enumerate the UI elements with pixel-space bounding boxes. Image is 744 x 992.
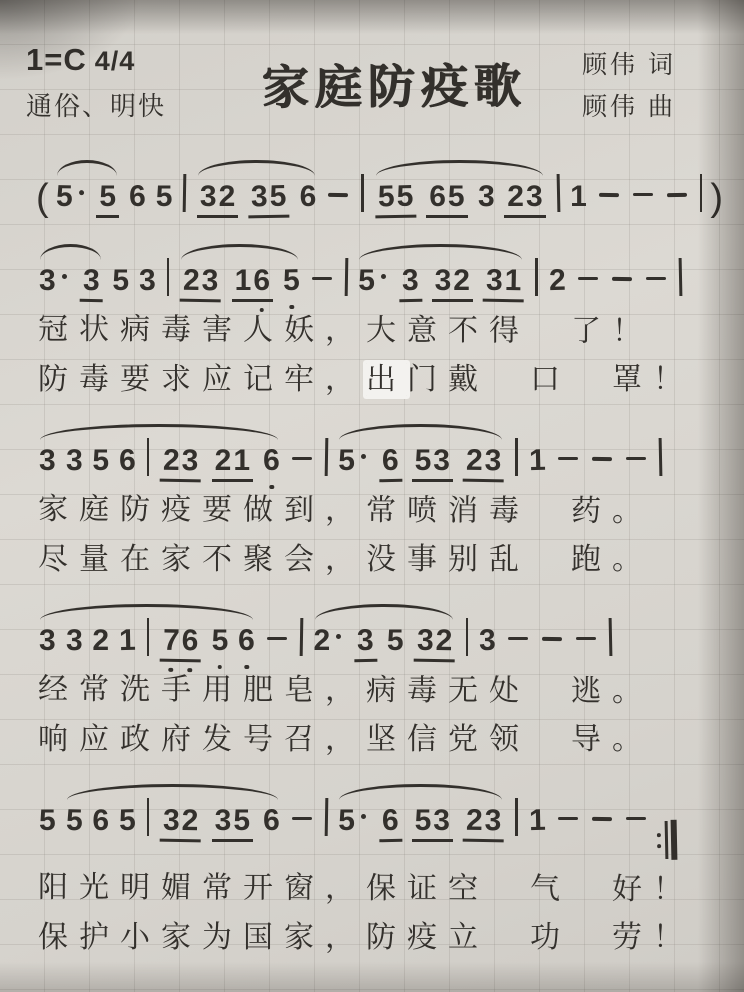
note-digit: 3 (65, 623, 82, 659)
note-digit: 3 (484, 803, 501, 839)
dash-prolong (667, 192, 687, 196)
slur-tie-arc (181, 244, 298, 260)
stanza-intro: (55653235655653231) (26, 156, 724, 224)
beam-group: 23 (160, 443, 202, 483)
stanza-verse-line-1: 3353231655332312冠状病毒害人妖，大意不得 了！防毒要求应记牢，出… (26, 240, 724, 404)
note-digit: 3 (526, 179, 543, 215)
beam-group: 65 (426, 179, 467, 218)
score: (55653235655653231)3353231655332312冠状病毒害… (26, 156, 724, 962)
note-digit: 6 (182, 623, 199, 659)
note-digit: 6 (92, 803, 109, 839)
beam-group: 35 (248, 179, 290, 219)
beam-group: 53 (412, 803, 453, 842)
key-block: 1=C4/4 通俗、明快 (26, 42, 206, 123)
thick-barline (670, 819, 677, 859)
melody-line: 5565323565653231 (26, 780, 724, 864)
slur-tie-arc (198, 160, 315, 176)
note-digit: 5 (112, 263, 129, 299)
note: 5 (338, 803, 369, 839)
note-digit: 3 (163, 803, 180, 839)
beam-group: 16 (232, 263, 273, 302)
note-digit: 5 (338, 803, 355, 839)
note: 3 (39, 443, 56, 479)
note-digit: 3 (433, 443, 450, 479)
note: 6 (92, 803, 109, 839)
repeat-dot (657, 843, 661, 847)
note-digit: 5 (358, 263, 375, 299)
composer-credit: 顾伟 曲 (582, 86, 724, 128)
note: 6 (263, 803, 280, 839)
note-digit: 2 (183, 263, 200, 299)
dash-prolong (578, 277, 598, 281)
barline (609, 618, 612, 656)
lyric-row: 尽量在家不聚会，没事别乱 跑。 (26, 535, 724, 584)
note-digit: 1 (528, 803, 545, 839)
note-digit: 3 (484, 443, 501, 479)
note: 2 (314, 623, 345, 659)
augmentation-dot (336, 634, 341, 639)
beam-group: 55 (374, 179, 416, 219)
barline (324, 798, 327, 836)
note-digit: 5 (99, 179, 116, 215)
dash-prolong (542, 636, 562, 640)
lyric-row: 家庭防疫要做到，常喷消毒 药。 (26, 485, 724, 536)
note: 3 (477, 179, 494, 215)
dash-prolong (591, 816, 611, 820)
note-digit: 5 (396, 179, 413, 215)
note-digit: 6 (129, 179, 146, 215)
credits: 顾伟 词 顾伟 曲 (582, 44, 724, 128)
note-digit: 1 (233, 443, 250, 479)
repeat-dot (656, 832, 660, 836)
page-content: 1=C4/4 通俗、明快 家庭防疫歌 顾伟 词 顾伟 曲 (5565323565… (0, 0, 744, 962)
note: 5 (338, 443, 369, 479)
lyric-row: 保护小家为国家，防疫立 功 劳！ (26, 913, 724, 962)
note-digit: 3 (401, 263, 418, 299)
note-digit: 2 (435, 623, 452, 659)
dash-prolong (292, 457, 312, 461)
barline (658, 438, 661, 476)
barline (466, 618, 469, 656)
note-digit: 6 (381, 443, 398, 479)
note: 5 (387, 623, 404, 659)
note-digit: 1 (504, 263, 521, 299)
barline (361, 174, 364, 212)
beam-group: 32 (160, 803, 202, 843)
dash-prolong (591, 456, 611, 460)
barline (167, 258, 170, 296)
note-digit: 3 (202, 263, 219, 299)
beam-group: 3 (398, 263, 421, 302)
beam-group: 31 (483, 263, 525, 303)
note-digit: 5 (92, 443, 109, 479)
note: 6 (119, 443, 136, 479)
beam-group: 35 (212, 803, 253, 842)
lyric-row: 阳光明媚常开窗，保证空 气 好！ (26, 862, 724, 913)
note-digit: 3 (82, 263, 99, 299)
note-digit: 5 (156, 179, 173, 215)
note-digit: 3 (486, 263, 503, 299)
song-title: 家庭防疫歌 (206, 49, 582, 119)
parenthesis: ) (710, 177, 723, 219)
lyric-segment: 尽量在家不聚会，没事别乱 跑。 (38, 543, 653, 576)
melody-line: 3356232165653231 (26, 420, 724, 486)
beam-group: 32 (413, 623, 455, 663)
parenthesis: ( (36, 177, 49, 219)
note: 1 (528, 803, 545, 839)
note: 5 (65, 803, 82, 839)
note: 5 (283, 263, 300, 299)
lyric-row: 冠状病毒害人妖，大意不得 了！ (26, 305, 724, 356)
dash-prolong (576, 637, 596, 641)
note: 5 (92, 443, 109, 479)
dash-prolong (646, 277, 666, 281)
thin-barline (664, 820, 667, 858)
key-signature: 1=C (26, 42, 87, 77)
note-digit: 3 (477, 179, 494, 215)
lyric-segment: 门戴 口 罩！ (407, 363, 694, 396)
note-digit: 5 (415, 803, 432, 839)
barline (300, 618, 303, 656)
note-digit: 5 (39, 803, 56, 839)
note-digit: 3 (39, 443, 56, 479)
note: 5 (212, 623, 229, 659)
note: 2 (548, 263, 565, 299)
note: 3 (65, 623, 82, 659)
time-signature: 4/4 (95, 46, 136, 76)
dash-prolong (633, 193, 653, 197)
augmentation-dot (361, 814, 366, 819)
note: 6 (300, 179, 317, 215)
note-digit: 3 (39, 623, 56, 659)
note-digit: 5 (119, 803, 136, 839)
lyric-row: 经常洗手用肥皂，病毒无处 逃。 (26, 665, 724, 716)
note-digit: 6 (263, 803, 280, 839)
repeat-final-barline (656, 819, 677, 859)
note-digit: 3 (433, 803, 450, 839)
beam-group: 3 (79, 263, 102, 302)
note-digit: 6 (119, 443, 136, 479)
note-digit: 2 (548, 263, 565, 299)
note-digit: 3 (416, 623, 433, 659)
lyric-row: 防毒要求应记牢，出门戴 口 罩！ (26, 355, 724, 404)
slur-tie-arc (315, 604, 453, 620)
note: 1 (570, 179, 587, 215)
note-digit: 5 (55, 179, 72, 215)
barline (147, 798, 150, 836)
note-digit: 3 (39, 263, 56, 299)
note-digit: 3 (435, 263, 452, 299)
lyricist-credit: 顾伟 词 (582, 44, 724, 86)
note-digit: 3 (357, 623, 374, 659)
augmentation-dot (361, 454, 366, 459)
note-digit: 6 (238, 623, 255, 659)
note: 6 (129, 179, 146, 215)
sheet-music-page: 1=C4/4 通俗、明快 家庭防疫歌 顾伟 词 顾伟 曲 (5565323565… (0, 0, 744, 992)
note-digit: 2 (466, 443, 483, 479)
barline (700, 174, 703, 212)
lyric-segment: 家庭防疫要做到，常喷消毒 药。 (38, 493, 653, 528)
lyric-segment: 阳光明媚常开窗，保证空 气 好！ (38, 870, 694, 905)
lyric-row: 响应政府发号召，坚信党领 导。 (26, 715, 724, 764)
barline (515, 798, 518, 836)
note: 6 (263, 443, 280, 479)
note: 5 (156, 179, 173, 215)
dash-prolong (599, 192, 619, 196)
barline (324, 438, 327, 476)
barline (147, 438, 150, 476)
note-digit: 5 (377, 179, 394, 215)
note: 1 (119, 623, 136, 659)
photo-shading-bottom (0, 962, 744, 992)
melody-line: 3353231655332312 (26, 240, 724, 306)
barline (556, 174, 559, 212)
note: 2 (92, 623, 109, 659)
dash-prolong (611, 276, 631, 280)
beam-group: 53 (412, 443, 453, 482)
augmentation-dot (78, 190, 83, 195)
note: 6 (238, 623, 255, 659)
beam-group: 76 (160, 623, 202, 663)
slur-tie-arc (40, 604, 253, 620)
slur-tie-arc (57, 160, 117, 176)
barline (515, 438, 518, 476)
note: 3 (139, 263, 156, 299)
stanza-verse-line-2: 3356232165653231家庭防疫要做到，常喷消毒 药。尽量在家不聚会，没… (26, 420, 724, 584)
key-time-signature: 1=C4/4 (26, 42, 206, 78)
barline (678, 258, 681, 296)
augmentation-dot (62, 274, 67, 279)
note-digit: 2 (453, 263, 470, 299)
dash-prolong (558, 817, 578, 821)
stanza-verse-line-4: 5565323565653231阳光明媚常开窗，保证空 气 好！保护小家为国家，… (26, 780, 724, 962)
note-digit: 3 (65, 443, 82, 479)
slur-tie-arc (376, 160, 543, 176)
note-digit: 5 (212, 623, 229, 659)
note-digit: 5 (283, 263, 300, 299)
note: 5 (358, 263, 389, 299)
repeat-dots (656, 832, 660, 847)
note-digit: 1 (235, 263, 252, 299)
dash-prolong (267, 637, 287, 641)
note: 5 (119, 803, 136, 839)
note-digit: 5 (415, 443, 432, 479)
score-header: 1=C4/4 通俗、明快 家庭防疫歌 顾伟 词 顾伟 曲 (26, 42, 724, 128)
note-digit: 5 (65, 803, 82, 839)
dash-prolong (328, 192, 348, 196)
stanza-verse-line-3: 33217656235323经常洗手用肥皂，病毒无处 逃。响应政府发号召，坚信党… (26, 600, 724, 764)
lyric-segment: 冠状病毒害人妖，大意不得 了！ (38, 313, 653, 348)
note-digit: 2 (219, 179, 236, 215)
note: 1 (528, 443, 545, 479)
note-digit: 3 (139, 263, 156, 299)
note-digit: 6 (253, 263, 270, 299)
lyric-segment: 经常洗手用肥皂，病毒无处 逃。 (38, 673, 653, 708)
barline (147, 618, 150, 656)
beam-group: 6 (378, 443, 401, 482)
barline (183, 174, 186, 212)
melody-line: 33217656235323 (26, 600, 724, 666)
slur-tie-arc (67, 784, 278, 800)
note: 3 (39, 623, 56, 659)
melody-line: (55653235655653231) (26, 156, 724, 224)
slur-tie-arc (40, 244, 101, 260)
note-digit: 5 (387, 623, 404, 659)
note-digit: 6 (429, 179, 446, 215)
note-digit: 5 (338, 443, 355, 479)
lyric-segment: 防毒要求应记牢， (38, 363, 366, 396)
note-digit: 6 (300, 179, 317, 215)
beam-group: 23 (180, 263, 222, 303)
note-digit: 3 (200, 179, 217, 215)
note-digit: 2 (466, 803, 483, 839)
dash-prolong (508, 637, 528, 641)
note-digit: 3 (215, 803, 232, 839)
note: 3 (39, 263, 70, 299)
note: 3 (479, 623, 496, 659)
note: 5 (39, 803, 56, 839)
note-digit: 2 (182, 803, 199, 839)
barline (344, 258, 347, 296)
augmentation-dot (381, 274, 386, 279)
note-digit: 5 (448, 179, 465, 215)
note: 5 (55, 179, 86, 216)
beam-group: 23 (504, 179, 545, 218)
beam-group: 32 (197, 179, 238, 218)
beam-group: 23 (463, 803, 505, 843)
note-digit: 6 (381, 803, 398, 839)
dash-prolong (558, 457, 578, 461)
dash-prolong (626, 817, 646, 821)
note: 3 (65, 443, 82, 479)
note-digit: 1 (119, 623, 136, 659)
note-digit: 6 (263, 443, 280, 479)
note-digit: 2 (92, 623, 109, 659)
note-digit: 5 (233, 803, 250, 839)
note-digit: 5 (270, 179, 287, 215)
note-digit: 3 (182, 443, 199, 479)
slur-tie-arc (40, 424, 278, 440)
dash-prolong (292, 817, 312, 821)
beam-group: 3 (354, 623, 377, 662)
note-digit: 7 (163, 623, 180, 659)
beam-group: 6 (378, 803, 401, 842)
slur-tie-arc (339, 784, 502, 800)
note-digit: 3 (479, 623, 496, 659)
lyric-segment: 响应政府发号召，坚信党领 导。 (38, 723, 653, 756)
beam-group: 5 (96, 179, 119, 218)
note-digit: 2 (314, 623, 331, 659)
dash-prolong (312, 277, 332, 281)
beam-group: 23 (463, 443, 505, 483)
dash-prolong (626, 457, 646, 461)
note-digit: 1 (570, 179, 587, 215)
note-digit: 2 (215, 443, 232, 479)
corrected-character: 出 (366, 363, 407, 396)
lyric-segment: 保护小家为国家，防疫立 功 劳！ (38, 921, 694, 954)
note-digit: 3 (251, 179, 268, 215)
beam-group: 32 (432, 263, 473, 302)
style-marking: 通俗、明快 (26, 86, 206, 123)
slur-tie-arc (339, 424, 502, 440)
note: 5 (112, 263, 129, 299)
note-digit: 2 (507, 179, 524, 215)
beam-group: 21 (212, 443, 253, 482)
note-digit: 2 (163, 443, 180, 479)
slur-tie-arc (359, 244, 522, 260)
barline (535, 258, 538, 296)
note-digit: 1 (528, 443, 545, 479)
